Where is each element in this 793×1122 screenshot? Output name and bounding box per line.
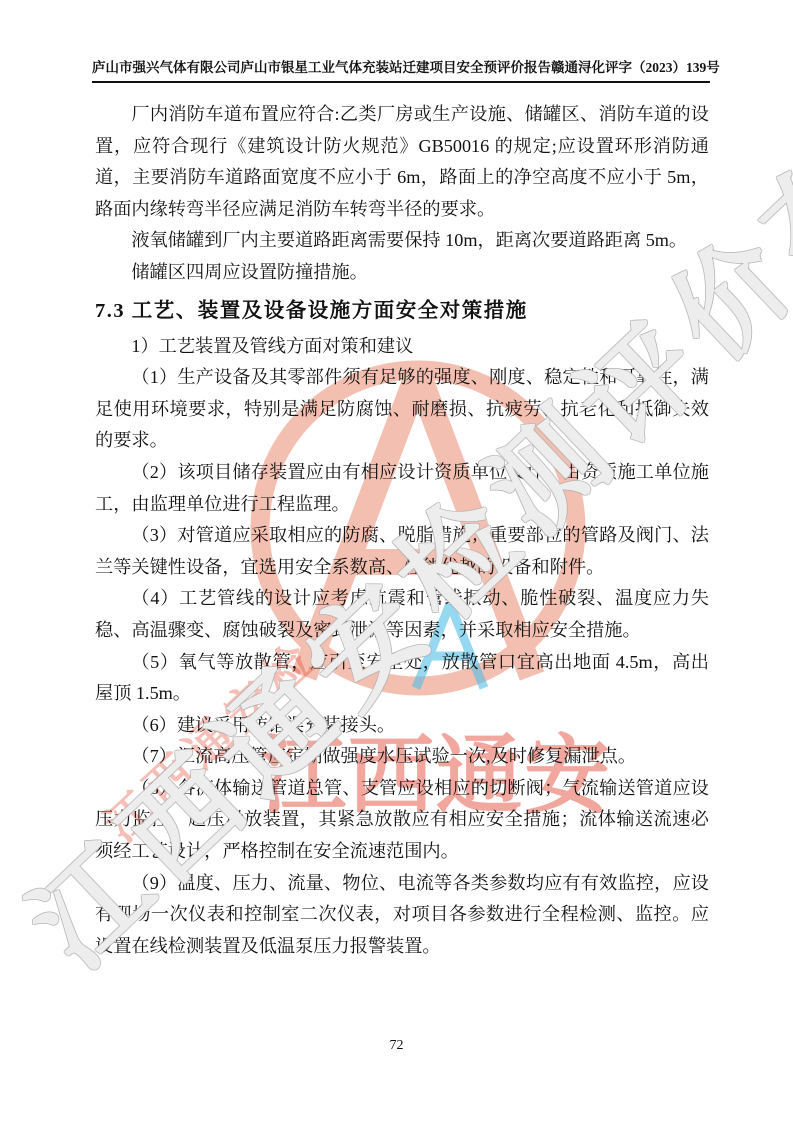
body-paragraph: （5）氧气等放散管，应引至安全处，放散管口宜高出地面 4.5m，高出屋顶 1.5… [95, 647, 709, 710]
page-footer: 72 [0, 1038, 793, 1054]
document-body: 厂内消防车道布置应符合:乙类厂房或生产设施、储罐区、消防车道的设置，应符合现行《… [95, 99, 709, 962]
header-report-title: 庐山市强兴气体有限公司庐山市银星工业气体充装站迁建项目安全预评价报告 [92, 56, 551, 76]
body-paragraph: 液氧储罐到厂内主要道路距离需要保持 10m，距离次要道路距离 5m。 [95, 225, 709, 257]
body-paragraph: （7）汇流高压管应定期做强度水压试验一次,及时修复漏泄点。 [95, 741, 709, 773]
section-heading: 7.3 工艺、装置及设备设施方面安全对策措施 [95, 296, 709, 326]
body-paragraph: 1）工艺装置及管线方面对策和建议 [95, 331, 709, 363]
body-paragraph: （4）工艺管线的设计应考虑抗震和管线振动、脆性破裂、温度应力失稳、高温骤变、腐蚀… [95, 583, 709, 646]
body-paragraph: （6）建议采用防错误充装接头。 [95, 710, 709, 742]
document-page: 江西通安检测评价有限公司 江西通安 江西通安检 庐山市强兴气体有限公司庐山市银星… [0, 0, 793, 1122]
body-paragraph: 厂内消防车道布置应符合:乙类厂房或生产设施、储罐区、消防车道的设置，应符合现行《… [95, 99, 709, 225]
body-paragraph: （3）对管道应采取相应的防腐、脱脂措施；重要部位的管路及阀门、法兰等关键性设备，… [95, 520, 709, 583]
body-paragraph: （9）温度、压力、流量、物位、电流等各类参数均应有有效监控，应设有现场一次仪表和… [95, 868, 709, 963]
page-header: 庐山市强兴气体有限公司庐山市银星工业气体充装站迁建项目安全预评价报告 赣通浔化评… [92, 56, 710, 83]
body-paragraph: （1）生产设备及其零部件须有足够的强度、刚度、稳定性和可靠性，满足使用环境要求，… [95, 362, 709, 457]
body-paragraph: 储罐区四周应设置防撞措施。 [95, 257, 709, 289]
body-paragraph: （8）各流体输送管道总管、支管应设相应的切断阀；气流输送管道应设压力监控、超压泄… [95, 773, 709, 868]
header-doc-number: 赣通浔化评字（2023）139号 [551, 56, 720, 76]
body-paragraph: （2）该项目储存装置应由有相应设计资质单位设计 由资质施工单位施工，由监理单位进… [95, 457, 709, 520]
page-number: 72 [390, 1038, 404, 1053]
